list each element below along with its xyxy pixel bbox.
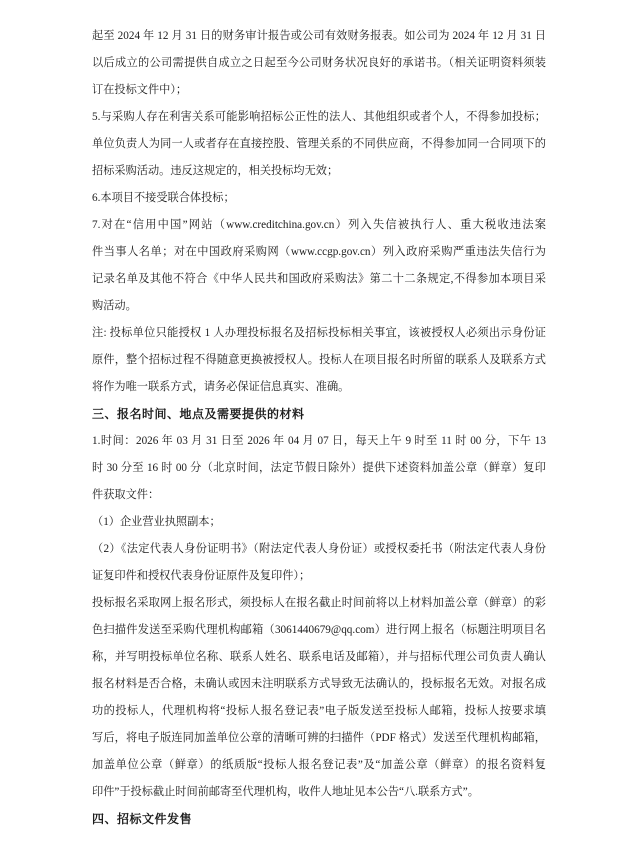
document-line: 6.本项目不接受联合体投标； (92, 185, 546, 212)
document-line: 时 30 分至 16 时 00 分（北京时间，法定节假日除外）提供下述资料加盖公… (92, 455, 546, 482)
document-line: 7.对在“信用中国”网站（www.creditchina.gov.cn）列入失信… (92, 212, 546, 239)
document-line: 件获取文件： (92, 482, 546, 509)
section-heading: 四、招标文件发售 (92, 806, 546, 833)
document-line: 写后，将电子版连同加盖单位公章的清晰可辨的扫描件（PDF 格式）发送至代理机构邮… (92, 725, 546, 752)
document-line: 起至 2024 年 12 月 31 日的财务审计报告或公司有效财务报表。如公司为… (92, 23, 546, 50)
document-line: 将作为唯一联系方式，请务必保证信息真实、准确。 (92, 374, 546, 401)
document-line: 订在投标文件中）； (92, 77, 546, 104)
document-line: 单位负责人为同一人或者存在直接控股、管理关系的不同供应商，不得参加同一合同项下的 (92, 131, 546, 158)
document-line: 购活动。 (92, 293, 546, 320)
document-line: 以后成立的公司需提供自成立之日起至今公司财务状况良好的承诺书。（相关证明资料须装 (92, 50, 546, 77)
document-line: 5.与采购人存在利害关系可能影响招标公正性的法人、其他组织或者个人，不得参加投标… (92, 104, 546, 131)
document-line: 投标报名采取网上报名形式，须投标人在报名截止时间前将以上材料加盖公章（鲜章）的彩 (92, 590, 546, 617)
document-line: 件当事人名单；对在中国政府采购网（www.ccgp.gov.cn）列入政府采购严… (92, 239, 546, 266)
document-line: 色扫描件发送至采购代理机构邮箱（3061440679@qq.com）进行网上报名… (92, 617, 546, 644)
document-line: （1）企业营业执照副本； (92, 509, 546, 536)
document-line: 印件”于投标截止时间前邮寄至代理机构，收件人地址见本公告“八.联系方式”。 (92, 779, 546, 806)
document-line: 报名材料是否合格，未确认或因未注明联系方式导致无法确认的，投标报名无效。对报名成 (92, 671, 546, 698)
document-line: 功的投标人，代理机构将“投标人报名登记表”电子版发送至投标人邮箱，投标人按要求填 (92, 698, 546, 725)
document-page: 起至 2024 年 12 月 31 日的财务审计报告或公司有效财务报表。如公司为… (92, 23, 546, 833)
section-heading: 三、报名时间、地点及需要提供的材料 (92, 401, 546, 428)
document-line: 加盖单位公章（鲜章）的纸质版“投标人报名登记表”及“加盖公章（鲜章）的报名资料复 (92, 752, 546, 779)
document-line: 注: 投标单位只能授权 1 人办理投标报名及招标投标相关事宜，该被授权人必须出示… (92, 320, 546, 347)
document-line: 招标采购活动。违反这规定的，相关投标均无效； (92, 158, 546, 185)
document-line: 原件，整个招标过程不得随意更换被授权人。投标人在项目报名时所留的联系人及联系方式 (92, 347, 546, 374)
document-line: 记录名单及其他不符合《中华人民共和国政府采购法》第二十二条规定,不得参加本项目采 (92, 266, 546, 293)
document-line: 称，并写明投标单位名称、联系人姓名、联系电话及邮箱），并与招标代理公司负责人确认 (92, 644, 546, 671)
document-line: 1.时间：2026 年 03 月 31 日至 2026 年 04 月 07 日，… (92, 428, 546, 455)
document-line: （2）《法定代表人身份证明书》（附法定代表人身份证）或授权委托书（附法定代表人身… (92, 536, 546, 563)
document-line: 证复印件和授权代表身份证原件及复印件）； (92, 563, 546, 590)
